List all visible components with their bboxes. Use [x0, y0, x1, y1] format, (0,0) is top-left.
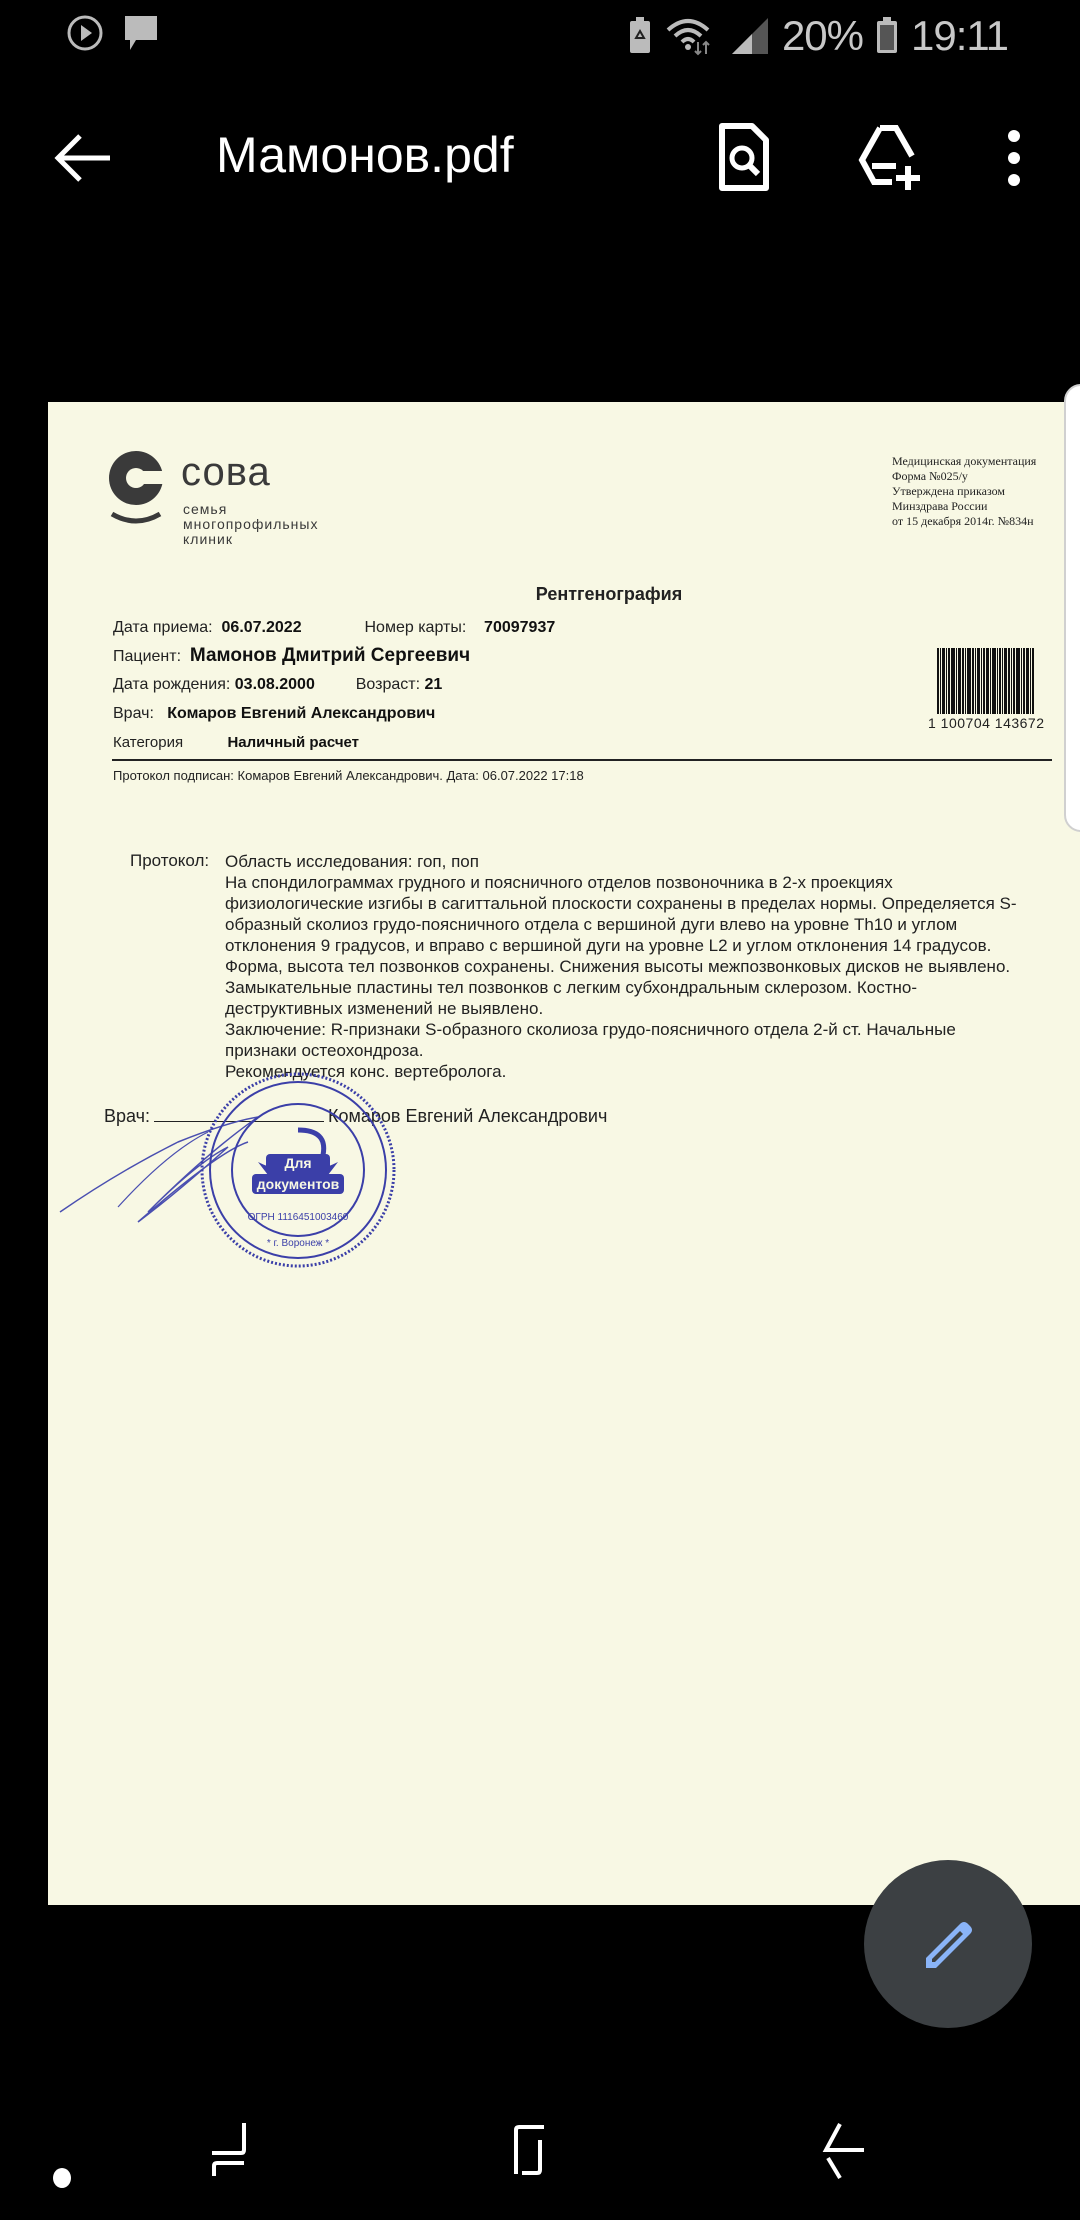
- clinic-stamp-icon: Для документов ОГРН 1116451003460 * г. В…: [198, 1070, 398, 1270]
- svg-text:ОГРН 1116451003460: ОГРН 1116451003460: [248, 1212, 349, 1223]
- logo-name: сова: [181, 450, 271, 495]
- edit-pencil-icon: [916, 1912, 980, 1976]
- add-to-drive-button[interactable]: [856, 122, 920, 194]
- home-button[interactable]: [492, 2110, 572, 2190]
- app-bar: Мамонов.pdf: [0, 108, 1080, 208]
- clock: 19:11: [911, 12, 1008, 60]
- back-icon: [800, 2110, 880, 2190]
- barcode-number: 1 100704 143672: [928, 715, 1045, 731]
- protocol-label: Протокол:: [130, 851, 209, 871]
- recent-apps-button[interactable]: [192, 2110, 272, 2190]
- visit-info: Дата приема: 06.07.2022 Номер карты: 700…: [113, 619, 555, 637]
- svg-text:Для: Для: [284, 1155, 311, 1171]
- battery-percent: 20%: [782, 12, 863, 60]
- find-in-document-button[interactable]: [712, 122, 776, 194]
- barcode: [937, 648, 1063, 714]
- patient-name: Мамонов Дмитрий Сергеевич: [190, 645, 470, 666]
- play-circle-icon: [66, 14, 104, 52]
- doctor-name: Комаров Евгений Александрович: [167, 705, 435, 722]
- form-note: Медицинская документация Форма №025/у Ут…: [892, 454, 1036, 529]
- birth-info: Дата рождения: 03.08.2000 Возраст: 21: [113, 676, 442, 694]
- age: 21: [425, 676, 443, 693]
- divider: [112, 759, 1052, 761]
- message-icon: [122, 14, 160, 52]
- svg-text:* г. Воронеж *: * г. Воронеж *: [267, 1238, 329, 1249]
- nav-dot[interactable]: [22, 2110, 102, 2190]
- system-back-button[interactable]: [800, 2110, 880, 2190]
- logo-tagline: семья многопрофильных клиник: [183, 502, 318, 547]
- home-icon: [492, 2110, 572, 2190]
- recent-apps-icon: [192, 2110, 272, 2190]
- pdf-page[interactable]: сова семья многопрофильных клиник Медици…: [48, 402, 1080, 1905]
- scroll-handle[interactable]: [1064, 384, 1080, 832]
- add-to-drive-icon: [856, 122, 928, 194]
- report-title: Рентгенография: [48, 584, 1080, 605]
- protocol-text: Область исследования: гоп, поп На спонди…: [225, 851, 1055, 1082]
- patient-info: Пациент: Мамонов Дмитрий Сергеевич: [113, 645, 470, 667]
- svg-text:документов: документов: [257, 1176, 340, 1192]
- category-info: Категория Наличный расчет: [113, 734, 359, 751]
- battery-icon: [875, 17, 899, 55]
- status-bar: 20% 19:11: [0, 0, 1080, 72]
- card-number: 70097937: [484, 619, 555, 636]
- signed-line: Протокол подписан: Комаров Евгений Алекс…: [113, 768, 584, 783]
- more-options-button[interactable]: [982, 122, 1022, 194]
- search-document-icon: [712, 122, 776, 194]
- back-button[interactable]: [52, 130, 116, 186]
- arrow-back-icon: [52, 130, 116, 186]
- edit-fab-button[interactable]: [864, 1860, 1032, 2028]
- battery-saver-icon: [628, 17, 652, 55]
- wifi-icon: [664, 16, 718, 56]
- visit-date: 06.07.2022: [222, 619, 302, 636]
- document-title: Мамонов.pdf: [216, 126, 514, 184]
- navigation-bar: [0, 2080, 1080, 2220]
- doctor-info: Врач: Комаров Евгений Александрович: [113, 705, 435, 723]
- signal-icon: [730, 16, 770, 56]
- birth-date: 03.08.2000: [235, 676, 315, 693]
- more-vert-icon: [982, 122, 1022, 194]
- dot-icon: [22, 2110, 102, 2190]
- category: Наличный расчет: [227, 734, 359, 751]
